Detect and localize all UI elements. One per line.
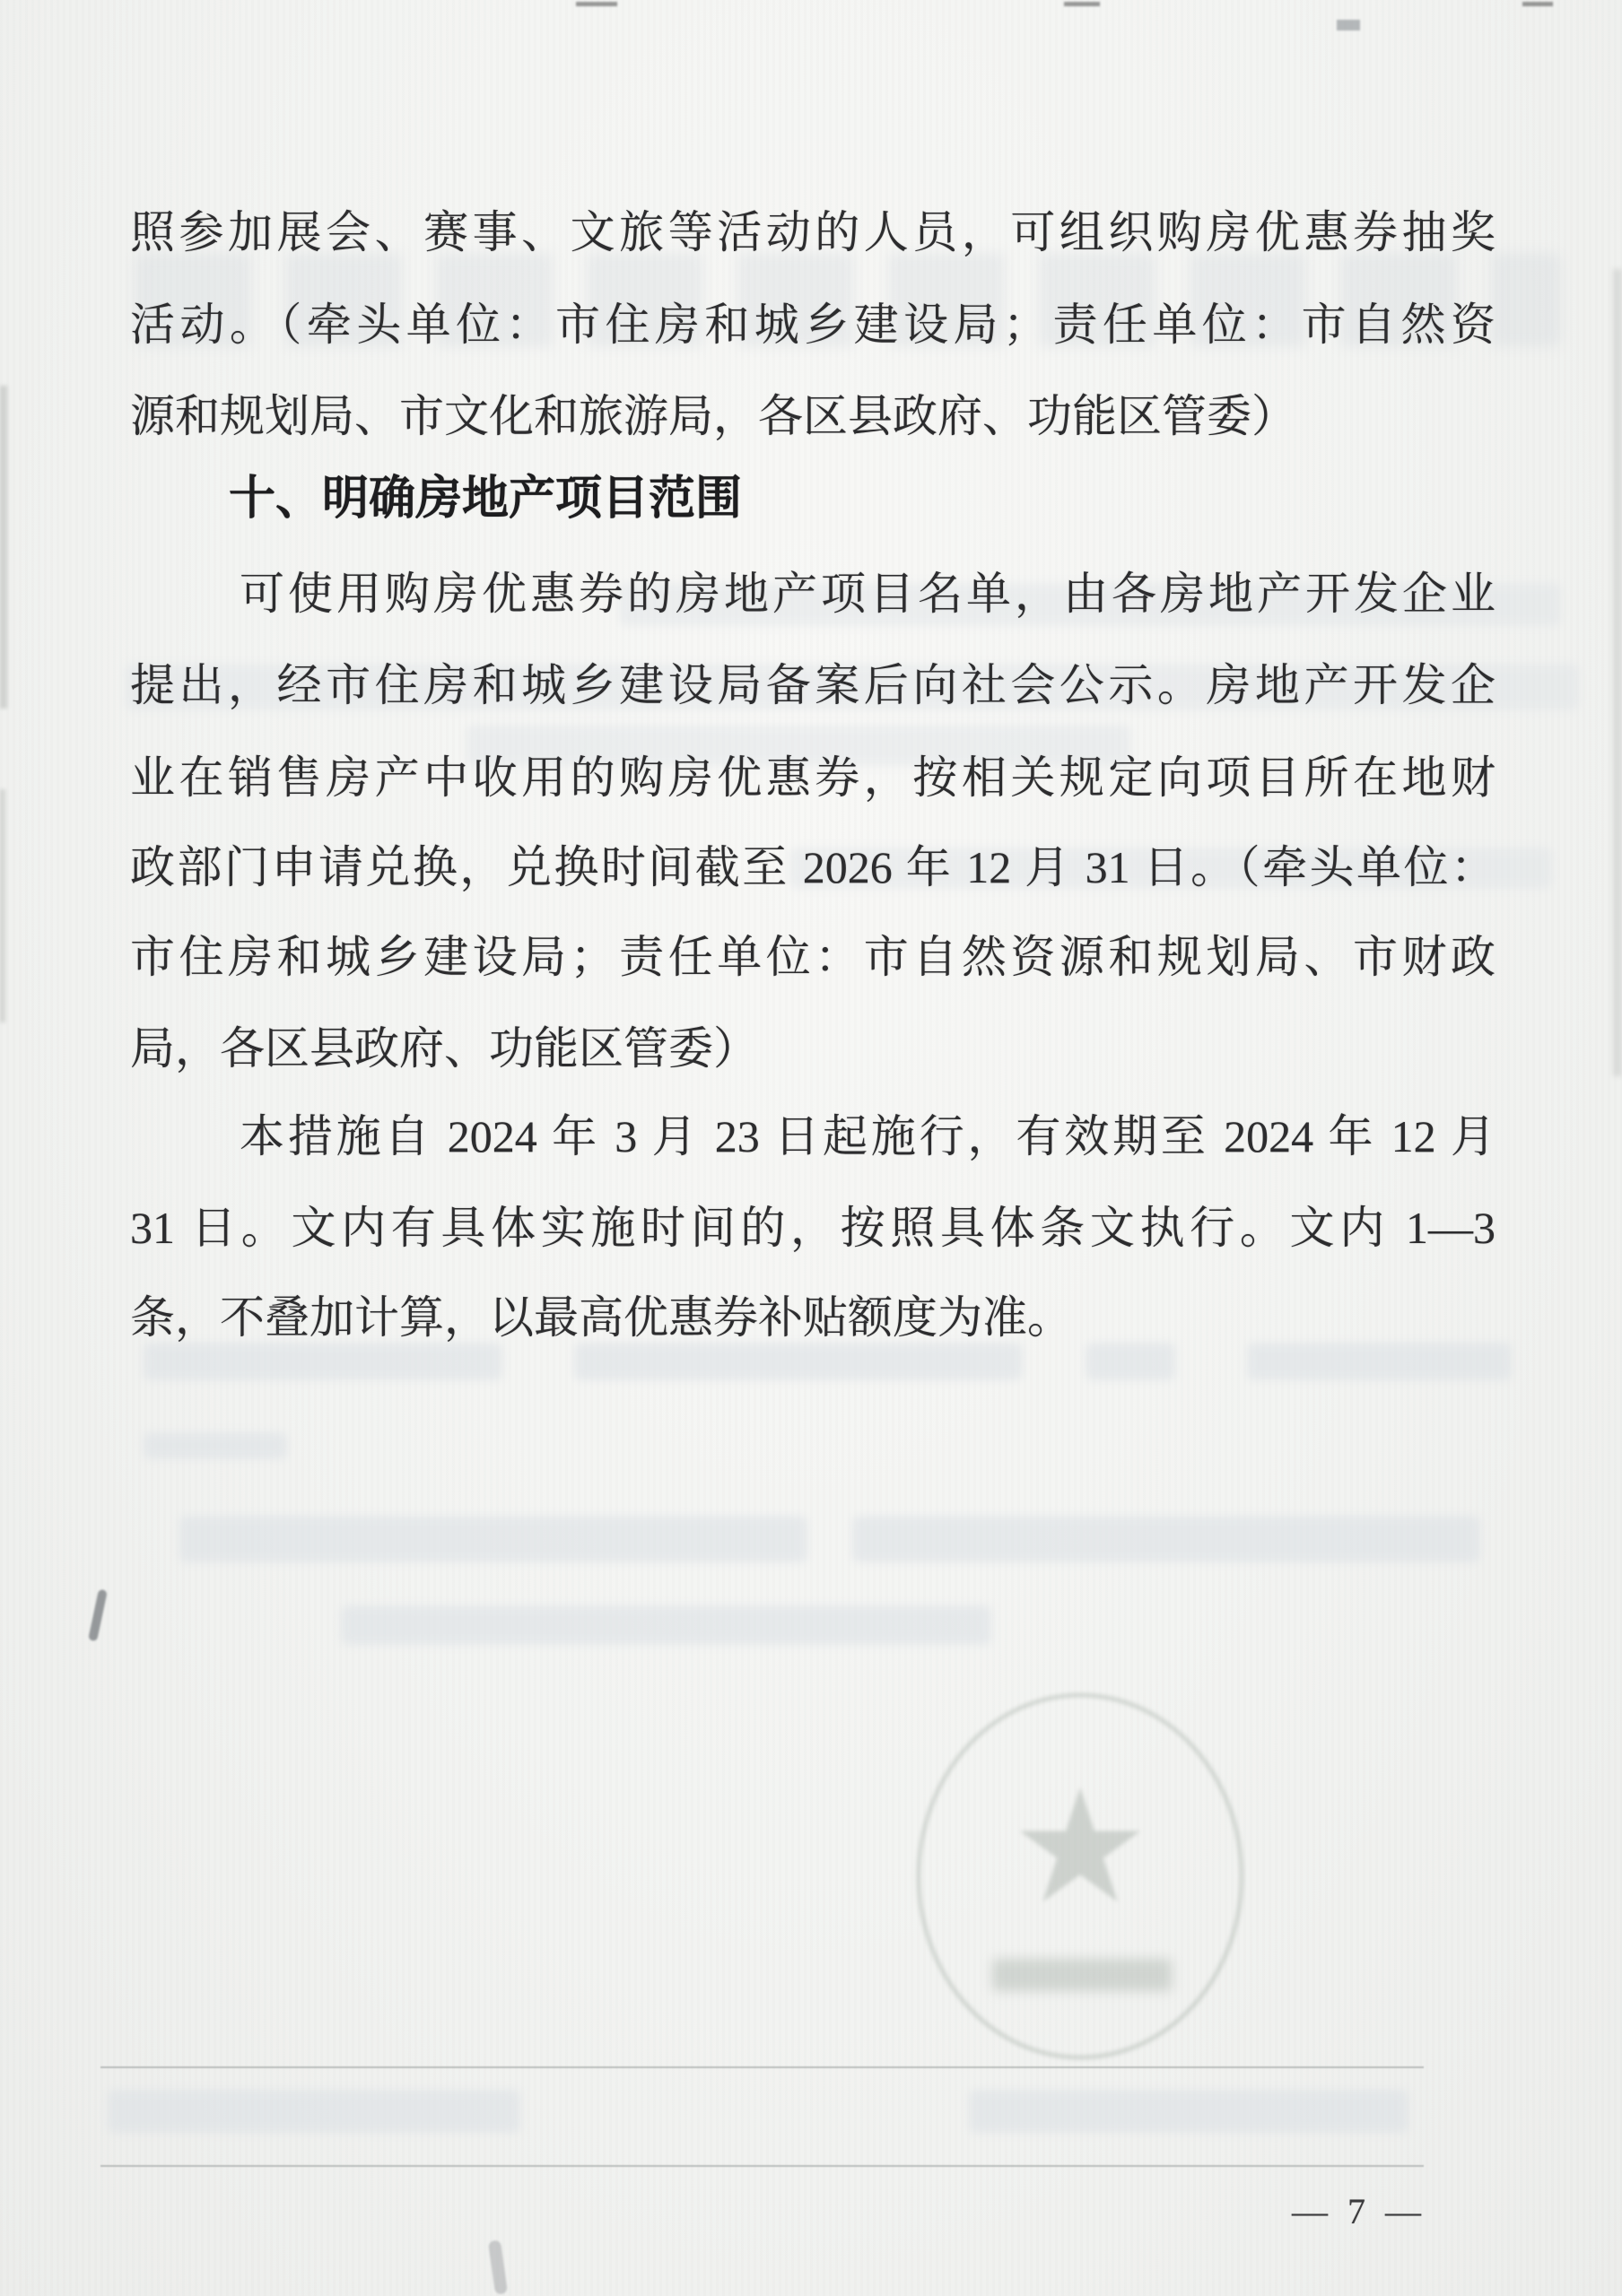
body-line: 政部门申请兑换，兑换时间截至 2026 年 12 月 31 日。（牵头单位： xyxy=(130,841,1496,893)
bleedthrough-row xyxy=(1086,1343,1175,1380)
body-line: 条，不叠加计算，以最高优惠券补贴额度为准。 xyxy=(130,1291,1496,1344)
bleedthrough-row xyxy=(341,1605,991,1645)
bleedthrough-row xyxy=(852,1516,1480,1562)
body-line: 照参加展会、赛事、文旅等活动的人员，可组织购房优惠券抽奖 xyxy=(130,206,1496,258)
section-heading: 十、明确房地产项目范围 xyxy=(130,474,1594,526)
bleedthrough-row xyxy=(108,2090,520,2133)
body-line: 局，各区县政府、功能区管委） xyxy=(130,1022,1496,1074)
scan-artifact xyxy=(1064,2,1100,6)
bleedthrough-row xyxy=(144,1432,287,1459)
bleedthrough-row xyxy=(144,1343,502,1380)
bleedthrough-row xyxy=(969,2090,1408,2133)
body-line: 可使用购房优惠券的房地产项目名单，由各房地产开发企业 xyxy=(130,568,1496,620)
scan-edge-streak xyxy=(0,789,5,1022)
body-line: 市住房和城乡建设局；责任单位：市自然资源和规划局、市财政 xyxy=(130,931,1496,983)
scan-artifact xyxy=(1522,2,1553,6)
bleedthrough-row xyxy=(179,1516,807,1562)
scan-edge-streak xyxy=(0,386,7,709)
pen-mark xyxy=(88,1589,108,1642)
page-number: — 7 — xyxy=(1292,2190,1426,2232)
scan-artifact xyxy=(576,2,617,6)
bleedthrough-row xyxy=(574,1343,1023,1380)
bleedthrough-rule xyxy=(100,2165,1424,2167)
body-line: 31 日。文内有具体实施时间的，按照具体条文执行。文内 1—3 xyxy=(130,1202,1496,1254)
scan-artifact xyxy=(1337,20,1360,30)
body-line: 业在销售房产中收用的购房优惠券，按相关规定向项目所在地财 xyxy=(130,752,1496,804)
body-line: 提出，经市住房和城乡建设局备案后向社会公示。房地产开发企 xyxy=(130,659,1496,711)
body-line: 本措施自 2024 年 3 月 23 日起施行，有效期至 2024 年 12 月 xyxy=(130,1110,1496,1162)
body-line: 源和规划局、市文化和旅游局，各区县政府、功能区管委） xyxy=(130,390,1496,442)
bleedthrough-official-seal: ★ xyxy=(917,1693,1243,2059)
seal-star-icon: ★ xyxy=(1010,1757,1151,1939)
scan-edge-streak xyxy=(1613,269,1622,1076)
seal-text-blur xyxy=(992,1959,1172,1991)
bleedthrough-rule xyxy=(100,2066,1424,2068)
scan-artifact xyxy=(488,2239,508,2294)
bleedthrough-row xyxy=(1247,1343,1512,1380)
body-line: 活动。（牵头单位：市住房和城乡建设局；责任单位：市自然资 xyxy=(130,299,1496,351)
scanned-document-page: ★ 照参加展会、赛事、文旅等活动的人员，可组织购房优惠券抽奖 活动。（牵头单位：… xyxy=(0,0,1622,2296)
